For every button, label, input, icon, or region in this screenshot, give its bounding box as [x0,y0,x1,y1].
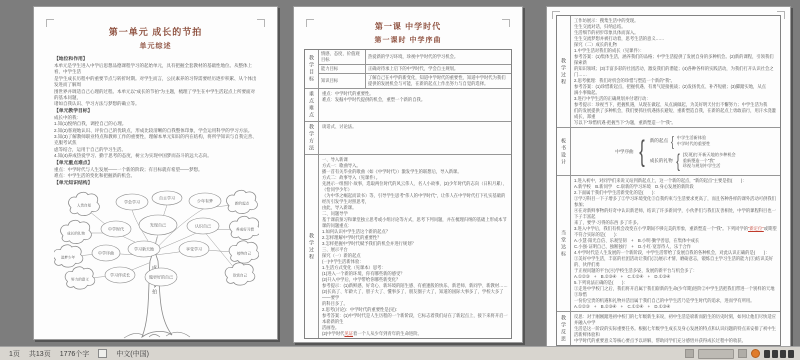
section-body: 本单元是学生进入中学后思想品德课程学习的起始单元，具有把握全套教材的基础性地位。… [54,63,257,108]
board-root: 中学序曲 [615,149,633,155]
section-head: 【地位和作用】 [54,56,257,63]
document-page-3: 教学过程 工作坊展示：搜集生活中的变现。生生交流对话，归纳总结。生活细节的初步印… [546,6,791,348]
margin-mark-icon [257,19,265,27]
svg-text:自主学习: 自主学习 [159,194,175,200]
text-line: 难点：发掘中学时代提供的机会，重塑一个新的自我。 [322,97,508,103]
text-line: 基于课前预习和课堂独立思考或小组讨论等方式，思考下列问题，并在梳理归纳的基础上形… [322,217,508,229]
margin-mark-icon [46,19,54,27]
text-line: 写以下“珍惜机遇·把握当下”为题，重新塑造一个“我”。 [574,120,777,126]
status-language[interactable]: 中文(中国) [116,349,149,359]
svg-text:接纳自己: 接纳自己 [237,250,252,255]
table-row-quiz: 当堂达标 1.进入初中，对同学们来说又站到新起点上，这一个新的起点，“新的起点”… [557,175,780,311]
row-label: 当堂达标 [557,176,571,311]
text-line: ④在对新鲜事物的好奇中认识新老师，结识了许多新同学，小伙伴们与我们友善相处，中学… [574,208,777,220]
svg-text:欣赏自己: 欣赏自己 [233,272,248,277]
objective-value: 正确对待承上启下的中学时代，学会自主规划。 [366,65,511,73]
section-body: 成长中的我：1.知(1)悦纳自我，调控自己的心理。2.知(2)客观地认识、评价自… [54,115,257,160]
text-line: （为中华之崛起而读书）等，引导学生思考“伟人的中学时代”，让伟人在中学时代打下扎… [322,193,508,205]
text-line-with-highlight: (2)中学时代见证着一个人从少年到青年的生命进阶。 [322,331,508,337]
objective-key: 知识目标 [319,74,366,88]
objective-subrow: 知识目标 了解自己在中学的新变化，知道中学时代的重要性，知道中学时代为我们提供的… [319,73,511,88]
text-line: 生活是这一阶段的实际重要任务。根据七年级学生成长及身心发展的特点和认识问题的特点… [574,326,777,338]
brace-icon: { [676,152,680,170]
brace-icon: { [671,134,674,148]
margin-mark-icon [502,19,510,27]
text-line: A.①②③ + B.②③④ + C.①②④ + D.①③④ [574,304,777,310]
board-leaf: 中学时代的重要性 [677,141,711,147]
objective-subrow: 能力目标 正确对待承上启下的中学时代，学会自主规划。 [319,64,511,73]
row-label: 重点难点 [305,89,319,121]
text-line: 参考答案：(1)珍惜新起点，把握机遇、有勇气迎接挑战；(2)发扬优点、补齐短板；… [574,84,777,90]
row-label: 教学反思 [557,312,571,345]
unit-subtitle: 单元综述 [54,41,257,51]
text-line: (2)长高了、年龄大了、胆子大了、懂事多了、朋友圈子大了，知道的国际大事多了，学… [322,289,508,301]
lesson-title: 第一课 中学时代 [304,21,512,32]
status-bar: 1页 共13页 1776个字 中文(中国) [0,346,800,360]
tray-icon[interactable] [685,349,694,358]
lesson-plan-table: 教学目标 情感、态度、价值观目标 热爱新的学习环境，珍视中学时代的学习机会。 能… [304,49,512,339]
table-row-board-design: 板书设计 中学序曲 { 新的起点 { 中学生活新体验 中学时代的重要性 [557,127,780,175]
svg-text:认识自己: 认识自己 [195,222,211,228]
svg-text:学会学习: 学会学习 [124,198,140,204]
text-line: 是学生成长历程中的重要节点与转折时期。对学生而言，公民素养的习得需要经历逐步积累… [54,76,257,89]
document-page-2: 第一课 中学时代 第一课时 中学序曲 教学目标 情感、态度、价值观目标 热爱新的… [293,6,523,343]
red-underline-text: 见证 [344,331,353,336]
objective-key: 情感、态度、价值观目标 [319,50,366,64]
table-row-reflection: 教学反思 反思：对于刚刚踏进初中校门的七年级新生来说，初中生活是崭新而陌生的历史… [557,311,780,345]
text-line: 的知识领域；(3)丰富多彩的社团活动，激发我们的潜能；(4)各种各样的实践活动，… [574,66,777,78]
text-line: ①美好中学生活，丰富的社团活动让我们(②)展示才情、磨砺意志，锻炼自主学习生活的… [574,256,777,268]
text-line: 一份份宝贵的机遇和礼物并活出属于我们自己的中学生活乃是学生时代的追求，进而学有所… [574,298,777,304]
watermark-glyphs [764,350,794,358]
text-line: 参考提示：(1)新鲜感、好奇心、新环境的陌生感、有重逢般的快乐、新老师、新同学、… [322,283,508,289]
row-label: 教学过程 [557,16,571,127]
text-line: 中学时代的重要意义等核心要点予以讲解，帮助同学们充分感悟并获得成长过程中的收获。 [574,338,777,344]
tray-icon[interactable] [738,349,747,358]
svg-text:成长的礼物: 成长的礼物 [67,230,85,235]
status-total-pages: 共13页 [29,349,51,359]
objective-value: 了解自己在中学的新变化，知道中学时代的重要性，知道中学时代为我们提供的发展机会与… [366,74,511,88]
text-line-with-highlight: 3.进入中学后，我们有机会改变在小学期间不够完美的形象，重新塑造一个“我”。下列… [574,226,777,238]
objective-value: 热爱新的学习环境，珍视中学时代的学习机会。 [366,50,511,64]
svg-text:中学时代: 中学时代 [108,225,124,231]
spellcheck-icon[interactable] [98,349,107,358]
word-workspace: { "colors":{"title_accent":"#8a4a38","re… [0,0,800,360]
red-underline-text: “新定位” [748,226,764,231]
text-line: 参考答案：(1)中学时代是人生历程的一个新阶段，它标志着我们站在了新起点上，接下… [322,313,508,325]
knowledge-tree-diagram: 成长的节拍 学会学习 自主学习 少年有梦 中学时代 发现自己 认识自己 中学序曲… [54,189,259,341]
taskbar-window-button[interactable] [698,349,734,359]
section-head: 【单元重点难点】 [54,160,257,167]
lesson-plan-table-continued: 教学过程 工作坊展示：搜集生活中的变现。生生交流对话，归纳总结。生活细节的初步印… [556,15,781,346]
text-line: 本单元是学生进入中学后思想品德课程学习的起始单元，具有把握全套教材的基础性地位。… [54,63,257,76]
section-head: 【单元知识结构】 [54,180,257,187]
text-line: 4.中学时代是人生发展的一个新阶段，中学生活带给了发展自我的各种机会，对此认识正… [574,250,777,256]
table-row-method: 教学方法 谈话式、讨论法。 [305,121,511,154]
tree-roots [124,332,190,338]
svg-text:养成好习惯: 养成好习惯 [236,226,254,231]
lesson-subtitle: 第一课时 中学序曲 [304,35,512,45]
objective-key: 能力目标 [319,65,366,73]
text-line: 3.知(3)了解教师职业特点和教师工作的重要性，理解本单元知识的内在结构，将所学… [54,134,257,147]
svg-text:做更好的自己: 做更好的自己 [149,273,173,279]
text-line: 反思：对于刚刚踏进初中校门的七年级新生来说，初中生活是崭新而陌生的历史时刻，如何… [574,314,777,326]
text-line: 参考提示：珍视当下，把握机遇，从现在做起、从点滴做起，为美好明天付出不懈努力；中… [574,102,777,108]
text-line: 谈话式、讨论法。 [322,124,508,130]
margin-mark-icon [552,11,560,19]
text-line: 围世界并调适自己心理的过程。本单元以“成长的节拍”为主题，梳理了学生在中学生活起… [54,89,257,102]
section-head: 【单元教学目标】 [54,108,257,115]
status-page-count: 1页 [9,349,20,359]
svg-text:发现自己: 发现自己 [150,221,166,227]
svg-text:中学序曲: 中学序曲 [98,249,114,255]
svg-text:享受学习: 享受学习 [186,245,202,251]
text-line: ①学习科目一下子增多了②学习环境变化③自我约束与生活要求更高了，而且各种各样的课… [574,196,777,208]
svg-text:学习伴成长: 学习伴成长 [110,271,130,277]
text-line: 1.进入初中，对同学们来说又站到新起点上，这一个新的起点，“新的起点”主要是指(… [574,178,777,184]
board-bracket-chart: 中学序曲 { 新的起点 { 中学生活新体验 中学时代的重要性 成长的礼物 [574,130,777,174]
row-label: 教学方法 [305,122,319,154]
svg-text:努力的意义: 努力的意义 [71,276,89,281]
section-body: 重点：中学时代与人生发展——一个新的阶段；有目标就有希望——梦想。难点：中学生活… [54,167,257,180]
text-line: 们的发展提供了多种机会，我们要抓住机遇扬长避短、重新塑造自我，在新的起点上勇敢前… [574,108,777,120]
board-branch: 成长的礼物 { (发现)打开新天地的多种机会 重新塑造一个“我” 珍视与规划中学… [650,152,736,170]
svg-text:追梦少年: 追梦少年 [61,254,76,259]
row-label: 教学过程 [305,155,319,338]
text-line: 先展示一组图片·故事，选取两位时代的风云伟人、名人小故事，(2)少年时代的志向（… [322,181,508,193]
text-line: 参考答案：(1)集体生活，涵养我们的品格；中学生活提供了发展自身的多种机会。(2… [574,54,777,66]
tree-trunk [142,249,172,337]
board-leaf: 珍视与规划中学生活 [683,163,736,169]
text-line: ①走进中学校门之后，我们将开启属于我们崭新的生命(少年期)进阶②中学生活把我们带… [574,286,777,298]
objective-subrow: 情感、态度、价值观目标 热爱新的学习环境，珍视中学时代的学习机会。 [319,50,511,64]
table-row-process-cont: 教学过程 工作坊展示：搜集生活中的变现。生生交流对话，归纳总结。生活细节的初步印… [557,16,780,127]
row-label: 板书设计 [557,128,571,175]
table-row-keypoints: 重点难点 重点：中学时代的重要性。难点：发掘中学时代提供的机会，重塑一个新的自我… [305,88,511,121]
table-row-process: 教学过程 一、导入新课方式一：歌曲导入。播一首有关毕业的歌曲（如《中学时代》）激… [305,154,511,338]
row-label: 教学目标 [305,50,319,88]
svg-text:人贵自知: 人贵自知 [77,202,92,207]
svg-text:少年有梦: 少年有梦 [197,197,213,203]
brace-icon: { [639,137,645,167]
document-page-1: 第一单元 成长的节拍 单元综述 【地位和作用】 本单元是学生进入中学后思想品德课… [33,6,278,340]
margin-mark-icon [777,11,785,19]
board-branch: 新的起点 { 中学生活新体验 中学时代的重要性 [650,134,736,148]
notification-dot-icon[interactable] [751,349,760,358]
table-row-objectives: 教学目标 情感、态度、价值观目标 热爱新的学习环境，珍视中学时代的学习机会。 能… [305,50,511,88]
margin-mark-icon [306,19,314,27]
svg-text:学习新天地: 学习新天地 [134,245,154,251]
svg-text:新的起点: 新的起点 [235,200,250,205]
unit-title: 第一单元 成长的节拍 [54,25,257,38]
status-word-count[interactable]: 1776个字 [60,349,90,359]
